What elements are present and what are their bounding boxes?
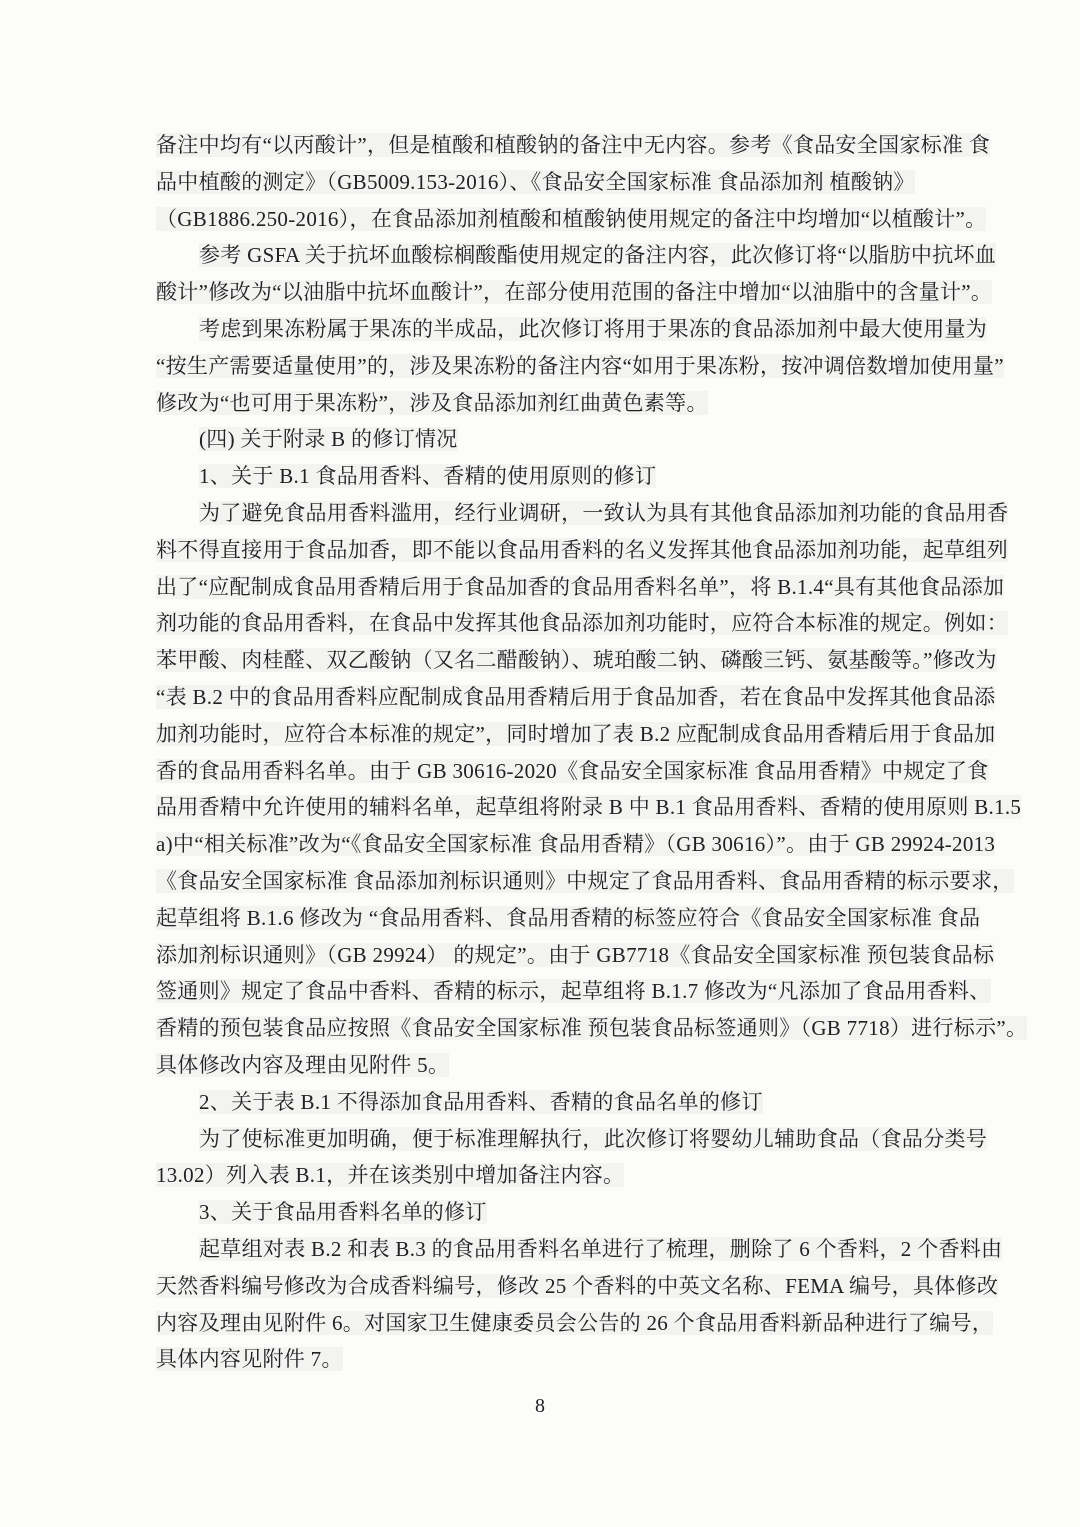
text-line: 内容及理由见附件 6。对国家卫生健康委员会公告的 26 个食品用香料新品种进行了… <box>156 1305 928 1342</box>
heading-line: (四) 关于附录 B 的修订情况 <box>156 421 928 458</box>
document-body: 备注中均有“以丙酸计”，但是植酸和植酸钠的备注中无内容。参考《食品安全国家标准 … <box>156 127 928 1378</box>
text-line: a)中“相关标准”改为“《食品安全国家标准 食品用香精》（GB 30616）”。… <box>156 826 928 863</box>
text-line: 品中植酸的测定》（GB5009.153-2016）、《食品安全国家标准 食品添加… <box>156 164 928 201</box>
text-line: 签通则》规定了食品中香料、香精的标示，起草组将 B.1.7 修改为“凡添加了食品… <box>156 973 928 1010</box>
text-line: 13.02）列入表 B.1，并在该类别中增加备注内容。 <box>156 1157 928 1194</box>
page-number: 8 <box>0 1392 1080 1420</box>
heading-line: 1、关于 B.1 食品用香料、香精的使用原则的修订 <box>156 458 928 495</box>
text-line: 品用香精中允许使用的辅料名单，起草组将附录 B 中 B.1 食品用香料、香精的使… <box>156 789 928 826</box>
text-line: 料不得直接用于食品加香，即不能以食品用香料的名义发挥其他食品添加剂功能，起草组列 <box>156 532 928 569</box>
text-line: 具体内容见附件 7。 <box>156 1341 928 1378</box>
text-line: 加剂功能时，应符合本标准的规定”，同时增加了表 B.2 应配制成食品用香精后用于… <box>156 716 928 753</box>
text-line: 考虑到果冻粉属于果冻的半成品，此次修订将用于果冻的食品添加剂中最大使用量为 <box>156 311 928 348</box>
text-line: 修改为“也可用于果冻粉”，涉及食品添加剂红曲黄色素等。 <box>156 385 928 422</box>
text-line: 具体修改内容及理由见附件 5。 <box>156 1047 928 1084</box>
text-line: 为了避免食品用香料滥用，经行业调研，一致认为具有其他食品添加剂功能的食品用香 <box>156 495 928 532</box>
heading-line: 2、关于表 B.1 不得添加食品用香料、香精的食品名单的修订 <box>156 1084 928 1121</box>
text-line: 起草组对表 B.2 和表 B.3 的食品用香料名单进行了梳理，删除了 6 个香料… <box>156 1231 928 1268</box>
text-line: 剂功能的食品用香料，在食品中发挥其他食品添加剂功能时，应符合本标准的规定。例如： <box>156 605 928 642</box>
text-line: 香精的预包装食品应按照《食品安全国家标准 预包装食品标签通则》（GB 7718）… <box>156 1010 928 1047</box>
text-line: 苯甲酸、肉桂醛、双乙酸钠（又名二醋酸钠）、琥珀酸二钠、磷酸三钙、氨基酸等。”修改… <box>156 642 928 679</box>
text-line: 《食品安全国家标准 食品添加剂标识通则》中规定了食品用香料、食品用香精的标示要求… <box>156 863 928 900</box>
text-line: 酸计”修改为“以油脂中抗坏血酸计”，在部分使用范围的备注中增加“以油脂中的含量计… <box>156 274 928 311</box>
text-line: “按生产需要适量使用”的，涉及果冻粉的备注内容“如用于果冻粉，按冲调倍数增加使用… <box>156 348 928 385</box>
text-line: 添加剂标识通则》（GB 29924） 的规定”。由于 GB7718《食品安全国家… <box>156 937 928 974</box>
text-line: 出了“应配制成食品用香精后用于食品加香的食品用香料名单”，将 B.1.4“具有其… <box>156 569 928 606</box>
text-line: 备注中均有“以丙酸计”，但是植酸和植酸钠的备注中无内容。参考《食品安全国家标准 … <box>156 127 928 164</box>
text-line: （GB1886.250-2016），在食品添加剂植酸和植酸钠使用规定的备注中均增… <box>156 201 928 238</box>
document-page: 备注中均有“以丙酸计”，但是植酸和植酸钠的备注中无内容。参考《食品安全国家标准 … <box>0 0 1080 1527</box>
text-line: “表 B.2 中的食品用香料应配制成食品用香精后用于食品加香，若在食品中发挥其他… <box>156 679 928 716</box>
text-line: 参考 GSFA 关于抗坏血酸棕榈酸酯使用规定的备注内容，此次修订将“以脂肪中抗坏… <box>156 237 928 274</box>
heading-line: 3、关于食品用香料名单的修订 <box>156 1194 928 1231</box>
text-line: 为了使标准更加明确，便于标准理解执行，此次修订将婴幼儿辅助食品（食品分类号 <box>156 1121 928 1158</box>
text-line: 香的食品用香料名单。由于 GB 30616-2020《食品安全国家标准 食品用香… <box>156 753 928 790</box>
text-line: 天然香料编号修改为合成香料编号，修改 25 个香料的中英文名称、FEMA 编号，… <box>156 1268 928 1305</box>
text-line: 起草组将 B.1.6 修改为 “食品用香料、食品用香精的标签应符合《食品安全国家… <box>156 900 928 937</box>
